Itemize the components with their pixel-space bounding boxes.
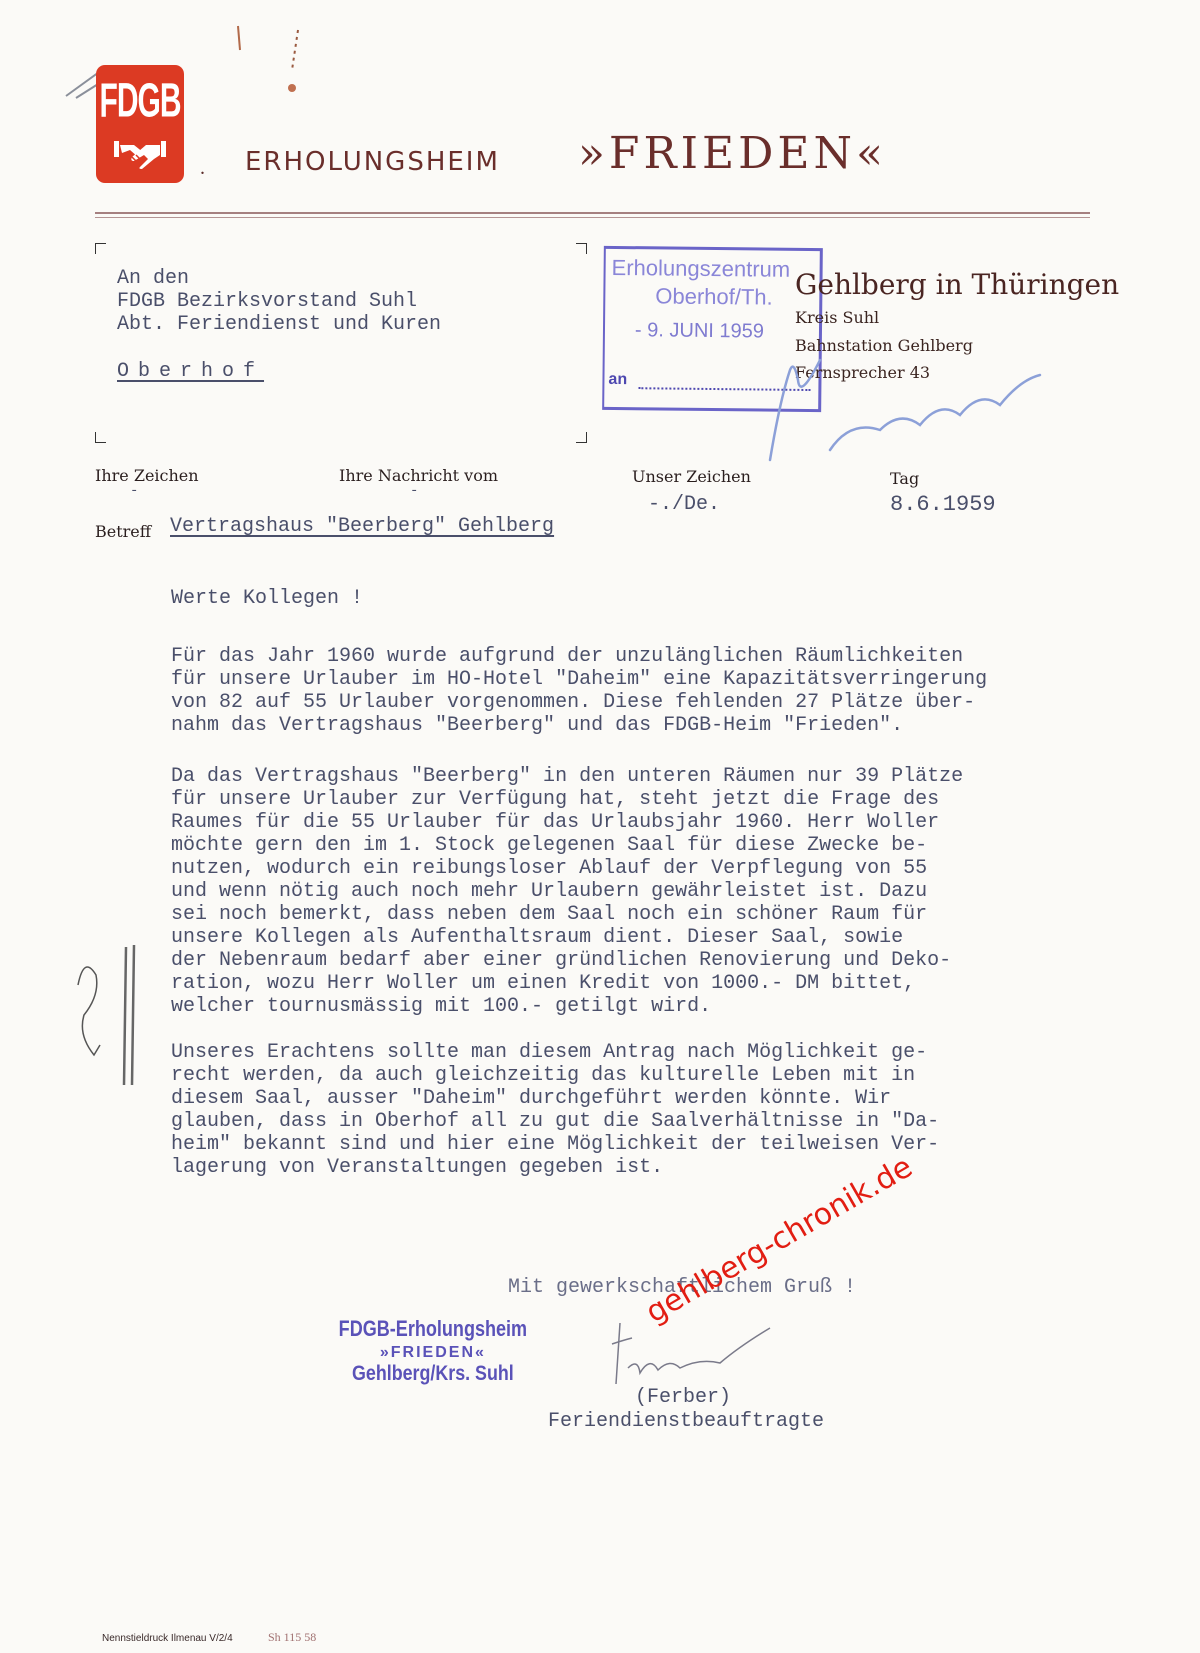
our-ref-label: Unser Zeichen (632, 467, 751, 486)
sender-stamp-line-1: FDGB-Erholungsheim (339, 1316, 527, 1342)
print-code: Sh 115 58 (268, 1630, 316, 1645)
your-message-label: Ihre Nachricht vom (339, 466, 498, 485)
address-corner-bottom-right (576, 432, 587, 443)
org-name: »FRIEDEN« (578, 128, 887, 179)
salutation: Werte Kollegen ! (171, 587, 363, 610)
subject-value: Vertragshaus "Beerberg" Gehlberg (170, 515, 554, 538)
your-ref-value: - (130, 480, 138, 503)
recipient-line: FDGB Bezirksvorstand Suhl (117, 290, 441, 313)
recipient-line: Abt. Feriendienst und Kuren (117, 313, 441, 336)
your-ref-label: Ihre Zeichen (95, 466, 199, 485)
body-paragraph: Unseres Erachtens sollte man diesem Antr… (171, 1041, 939, 1179)
sender-stamp: FDGB-Erholungsheim »FRIEDEN« Gehlberg/Kr… (318, 1316, 548, 1386)
handwritten-signature (610, 1318, 780, 1388)
address-corner-top-left (95, 243, 106, 254)
address-corner-top-right (576, 243, 587, 254)
our-ref-value: -./De. (648, 493, 720, 516)
sender-stamp-line-2: »FRIEDEN« (318, 1344, 548, 1362)
stamp-line-2: Oberhof/Th. (655, 283, 773, 310)
date-value: 8.6.1959 (890, 493, 996, 516)
recipient-line: An den (117, 267, 441, 290)
recipient-address: An denFDGB Bezirksvorstand SuhlAbt. Feri… (117, 267, 441, 336)
subject-label: Betreff (95, 522, 151, 541)
stamp-line-1: Erholungszentrum (611, 255, 790, 283)
sender-stamp-line-3: Gehlberg/Krs. Suhl (335, 1362, 530, 1386)
body-paragraph: Da das Vertragshaus "Beerberg" in den un… (171, 765, 963, 1018)
signer-role: Feriendienstbeauftragte (548, 1410, 824, 1433)
sender-place: Gehlberg in Thüringen (795, 268, 1119, 301)
stamp-date: - 9. JUNI 1959 (635, 319, 764, 343)
printer-imprint: Nennstieldruck Ilmenau V/2/4 (102, 1633, 233, 1644)
recipient-city: Oberhof (117, 360, 264, 383)
logo-text: FDGB (96, 75, 184, 129)
sender-district: Kreis Suhl (795, 308, 879, 327)
signer-name: (Ferber) (635, 1386, 731, 1409)
stamp-to-label: an (608, 371, 627, 389)
org-prefix: ERHOLUNGSHEIM (245, 147, 500, 177)
handwritten-annotation (760, 340, 1050, 470)
separator-dot: . (200, 157, 205, 180)
your-message-value: - (410, 480, 418, 503)
stain-marks (230, 20, 320, 100)
header-rule (95, 212, 1090, 214)
address-corner-bottom-left (95, 432, 106, 443)
date-label: Tag (890, 469, 919, 488)
handshake-icon (114, 137, 166, 171)
letter-page: FDGB . ERHOLUNGSHEIM »FRIEDEN« An denFDG… (0, 0, 1200, 1653)
body-paragraph: Für das Jahr 1960 wurde aufgrund der unz… (171, 645, 987, 737)
margin-handwritten-mark (70, 945, 150, 1085)
header-rule-thin (95, 217, 1090, 218)
fdgb-logo: FDGB (96, 65, 184, 183)
